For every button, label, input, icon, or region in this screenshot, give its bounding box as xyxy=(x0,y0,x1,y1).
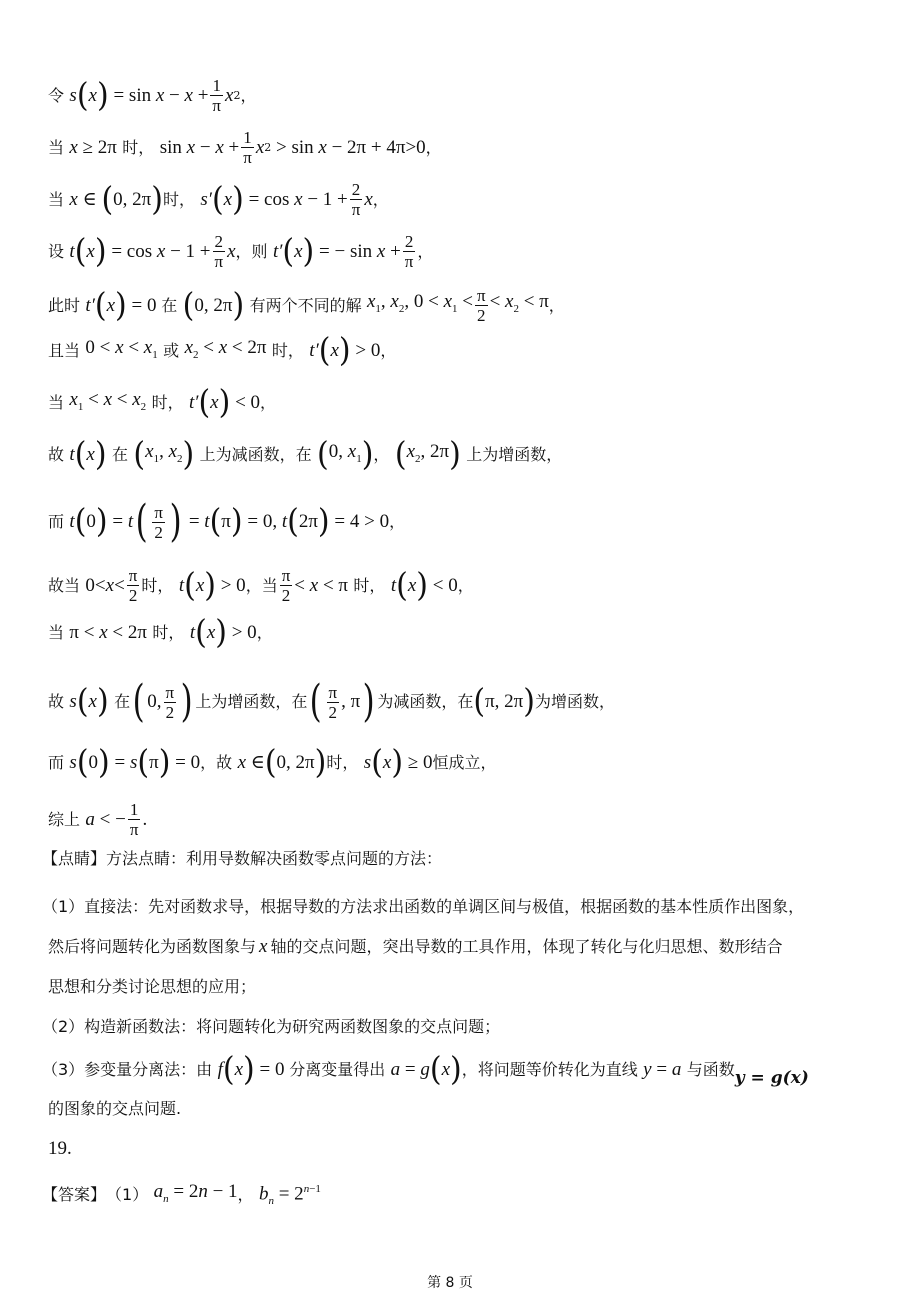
answer-line: 【答案】（1） an = 2n − 1， bn = 2n−1 xyxy=(42,1177,321,1213)
tip-item-3-end: 的图象的交点问题. xyxy=(48,1097,181,1121)
document-page: 令 s(x) = sin x − x + 1πx2， 当 x ≥ 2π 时， s… xyxy=(0,0,900,1312)
tip-header: 【点睛】方法点睛：利用导数解决函数零点问题的方法： xyxy=(42,847,442,871)
solution-line-7: 当 x1 < x < x2 时， t′(x) < 0， xyxy=(48,388,276,419)
solution-line-3: 当 x ∈ (0, 2π)时， s′(x) = cos x − 1 + 2πx， xyxy=(48,180,389,219)
solution-line-8: 故 t(x) 在 (x1, x2) 上为减函数，在 (0, x1)， (x2, … xyxy=(48,440,562,471)
solution-line-5: 此时 t′(x) = 0 在 (0, 2π) 有两个不同的解 x1, x2, 0… xyxy=(48,286,565,325)
solution-line-10: 故当 0<x<π2时， t(x) > 0，当π2< x < π 时， t(x) … xyxy=(48,566,474,605)
solution-line-9: 而 t(0) = t(π2) = t(π) = 0, t(2π) = 4 > 0… xyxy=(48,500,405,544)
solution-line-12: 故 s(x) 在(0,π2)上为增函数，在(π2, π)为减函数，在(π, 2π… xyxy=(48,680,615,724)
tip-item-1-line-3: 思想和分类讨论思想的应用； xyxy=(48,975,256,999)
solution-line-1: 令 s(x) = sin x − x + 1πx2， xyxy=(48,76,256,115)
solution-line-11: 当 π < x < 2π 时， t(x) > 0， xyxy=(48,618,273,648)
tip-item-3: （3）参变量分离法：由 f(x) = 0 分离变量得出 a = g(x)，将问题… xyxy=(42,1055,809,1085)
solution-line-2: 当 x ≥ 2π 时， sin x − x + 1πx2 > sin x − 2… xyxy=(48,128,442,167)
solution-line-6: 且当 0 < x < x1 或 x2 < x < 2π 时， t′(x) > 0… xyxy=(48,336,396,367)
tip-item-2: （2）构造新函数法：将问题转化为研究两函数图象的交点问题； xyxy=(42,1015,500,1039)
solution-conclusion: 综上 a < −1π. xyxy=(48,800,147,839)
question-number: 19. xyxy=(48,1137,72,1161)
tip-item-1-line-2: 然后将问题转化为函数图象与x轴的交点问题，突出导数的工具作用，体现了转化与化归思… xyxy=(48,935,782,959)
solution-line-13: 而 s(0) = s(π) = 0，故 x ∈ (0, 2π)时， s(x) ≥… xyxy=(48,748,497,778)
tip-item-1-line-1: （1）直接法：先对函数求导，根据导数的方法求出函数的单调区间与极值，根据函数的基… xyxy=(42,895,804,919)
solution-line-4: 设 t(x) = cos x − 1 + 2πx，则 t′(x) = − sin… xyxy=(48,232,433,271)
page-number-footer: 第 8 页 xyxy=(0,1272,900,1292)
